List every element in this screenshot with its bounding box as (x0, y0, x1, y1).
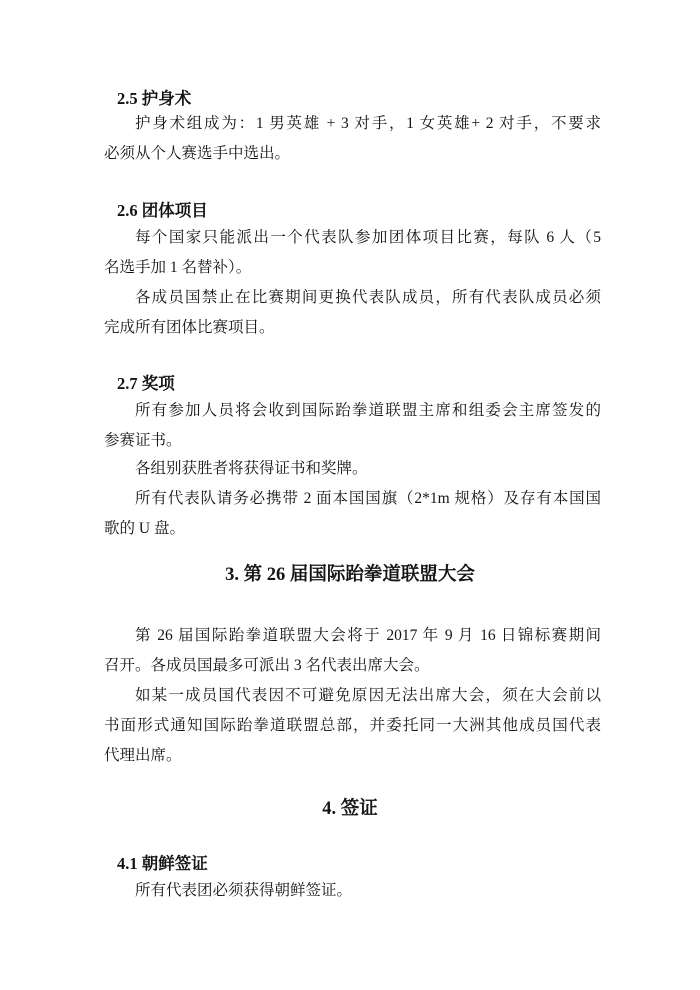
section-heading-4: 4. 签证 (0, 794, 700, 824)
text-line: 代理出席。 (104, 741, 601, 771)
text-line: 完成所有团体比赛项目。 (104, 313, 601, 343)
paragraph: 各组别获胜者将获得证书和奖牌。 (104, 454, 601, 484)
section-heading-4-1: 4.1 朝鲜签证 (117, 849, 208, 879)
text-line: 召开。各成员国最多可派出 3 名代表出席大会。 (104, 651, 601, 681)
text-line: 每个国家只能派出一个代表队参加团体项目比赛，每队 6 人（5 (104, 223, 601, 253)
paragraph: 如某一成员国代表因不可避免原因无法出席大会，须在大会前以 书面形式通知国际跆拳道… (104, 681, 601, 771)
text-line: 参赛证书。 (104, 426, 601, 456)
document-page: 2.5 护身术 护身术组成为：1 男英雄 + 3 对手，1 女英雄+ 2 对手，… (0, 0, 700, 990)
text-line: 歌的 U 盘。 (104, 514, 601, 544)
text-line: 所有代表团必须获得朝鲜签证。 (104, 876, 601, 906)
paragraph: 所有参加人员将会收到国际跆拳道联盟主席和组委会主席签发的 参赛证书。 (104, 396, 601, 456)
section-heading-3: 3. 第 26 届国际跆拳道联盟大会 (0, 560, 700, 590)
section-heading-2-6: 2.6 团体项目 (117, 196, 208, 226)
paragraph: 各成员国禁止在比赛期间更换代表队成员，所有代表队成员必须 完成所有团体比赛项目。 (104, 283, 601, 343)
text-line: 必须从个人赛选手中选出。 (104, 139, 601, 169)
paragraph: 第 26 届国际跆拳道联盟大会将于 2017 年 9 月 16 日锦标赛期间 召… (104, 621, 601, 681)
paragraph: 护身术组成为：1 男英雄 + 3 对手，1 女英雄+ 2 对手，不要求 必须从个… (104, 109, 601, 169)
paragraph: 所有代表团必须获得朝鲜签证。 (104, 876, 601, 906)
text-line: 书面形式通知国际跆拳道联盟总部，并委托同一大洲其他成员国代表 (104, 711, 601, 741)
text-line: 各成员国禁止在比赛期间更换代表队成员，所有代表队成员必须 (104, 283, 601, 313)
text-line: 所有参加人员将会收到国际跆拳道联盟主席和组委会主席签发的 (104, 396, 601, 426)
text-line: 护身术组成为：1 男英雄 + 3 对手，1 女英雄+ 2 对手，不要求 (104, 109, 601, 139)
text-line: 所有代表队请务必携带 2 面本国国旗（2*1m 规格）及存有本国国 (104, 484, 601, 514)
paragraph: 每个国家只能派出一个代表队参加团体项目比赛，每队 6 人（5 名选手加 1 名替… (104, 223, 601, 283)
text-line: 各组别获胜者将获得证书和奖牌。 (104, 454, 601, 484)
text-line: 第 26 届国际跆拳道联盟大会将于 2017 年 9 月 16 日锦标赛期间 (104, 621, 601, 651)
paragraph: 所有代表队请务必携带 2 面本国国旗（2*1m 规格）及存有本国国 歌的 U 盘… (104, 484, 601, 544)
text-line: 如某一成员国代表因不可避免原因无法出席大会，须在大会前以 (104, 681, 601, 711)
section-heading-2-7: 2.7 奖项 (117, 369, 175, 399)
text-line: 名选手加 1 名替补）。 (104, 253, 601, 283)
